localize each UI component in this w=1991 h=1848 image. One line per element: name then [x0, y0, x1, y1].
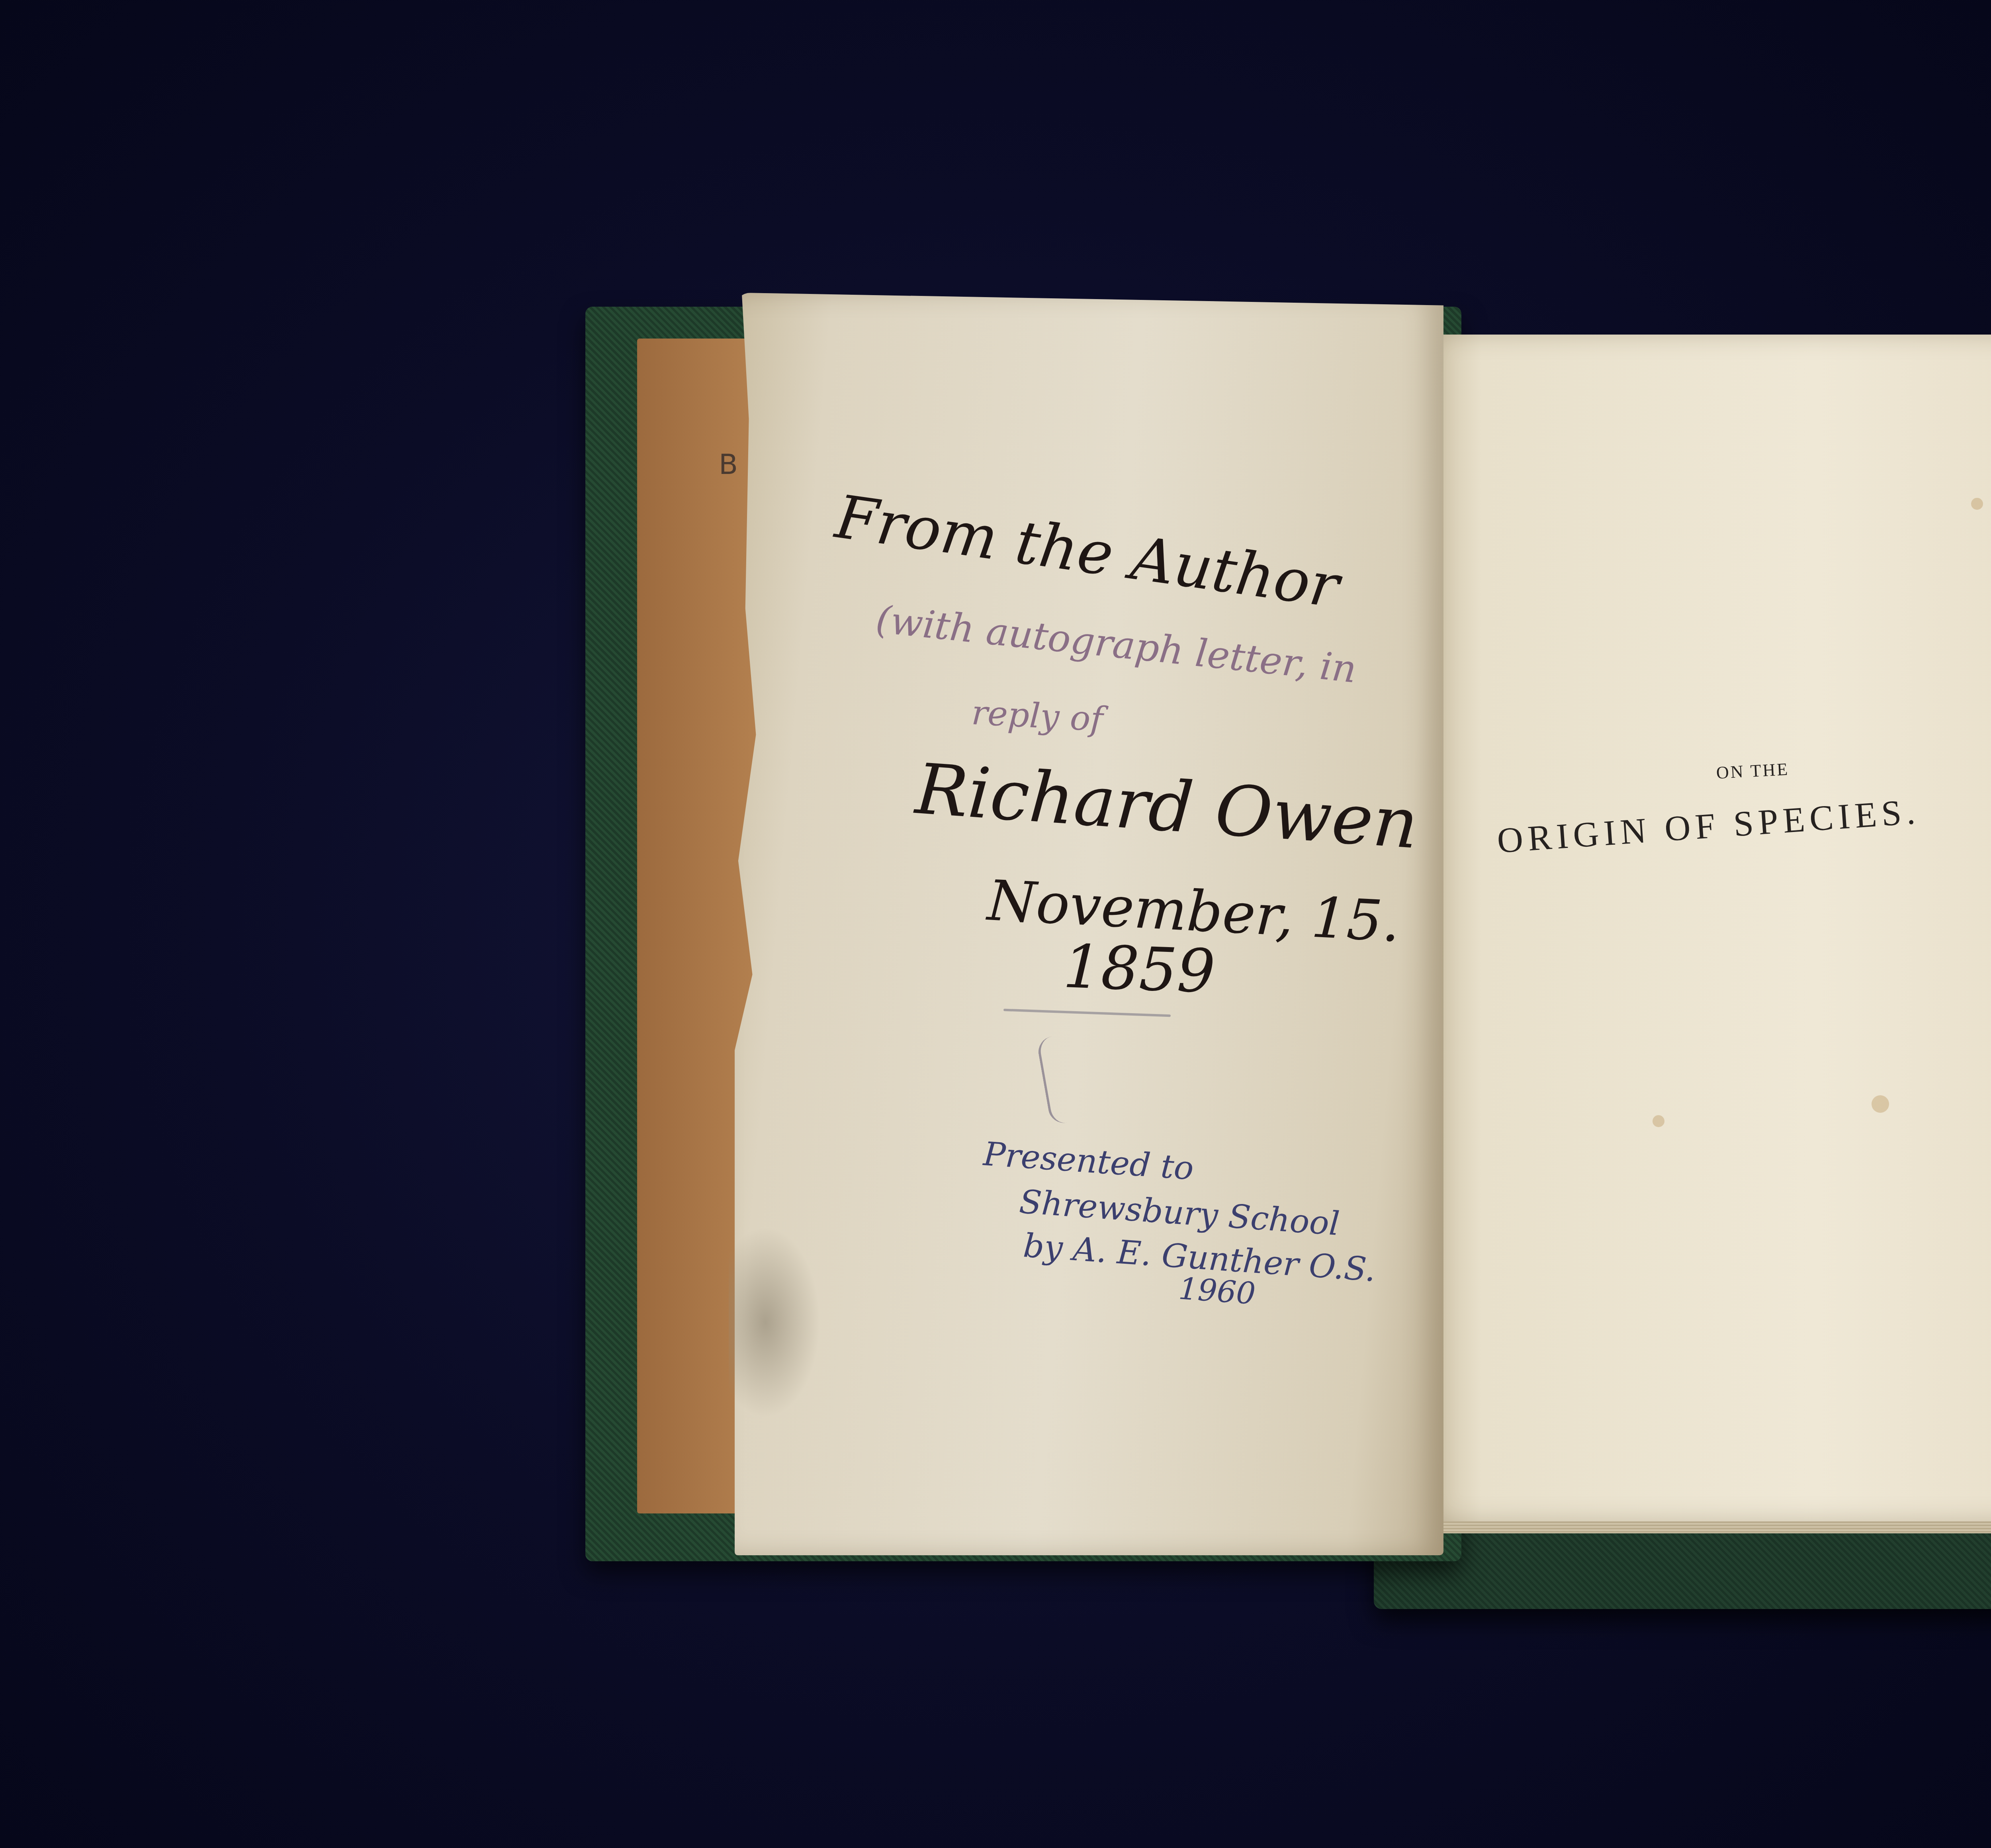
inscription-year: 1859: [1062, 932, 1217, 1006]
inscription-reply-note: reply of: [970, 693, 1104, 739]
presentation-year: 1960: [1177, 1270, 1257, 1311]
pencil-mark: B: [719, 448, 738, 481]
book-photo: B ON THE ORIGIN OF SPECIES. From the Aut…: [0, 0, 1991, 1848]
foxing-spot: [1872, 1095, 1889, 1113]
title-heading-small: ON THE: [1716, 759, 1790, 783]
foxing-spot: [1971, 498, 1983, 510]
foxing-spot: [1653, 1115, 1664, 1127]
title-page: [1418, 335, 1991, 1521]
water-stain: [729, 1227, 820, 1418]
